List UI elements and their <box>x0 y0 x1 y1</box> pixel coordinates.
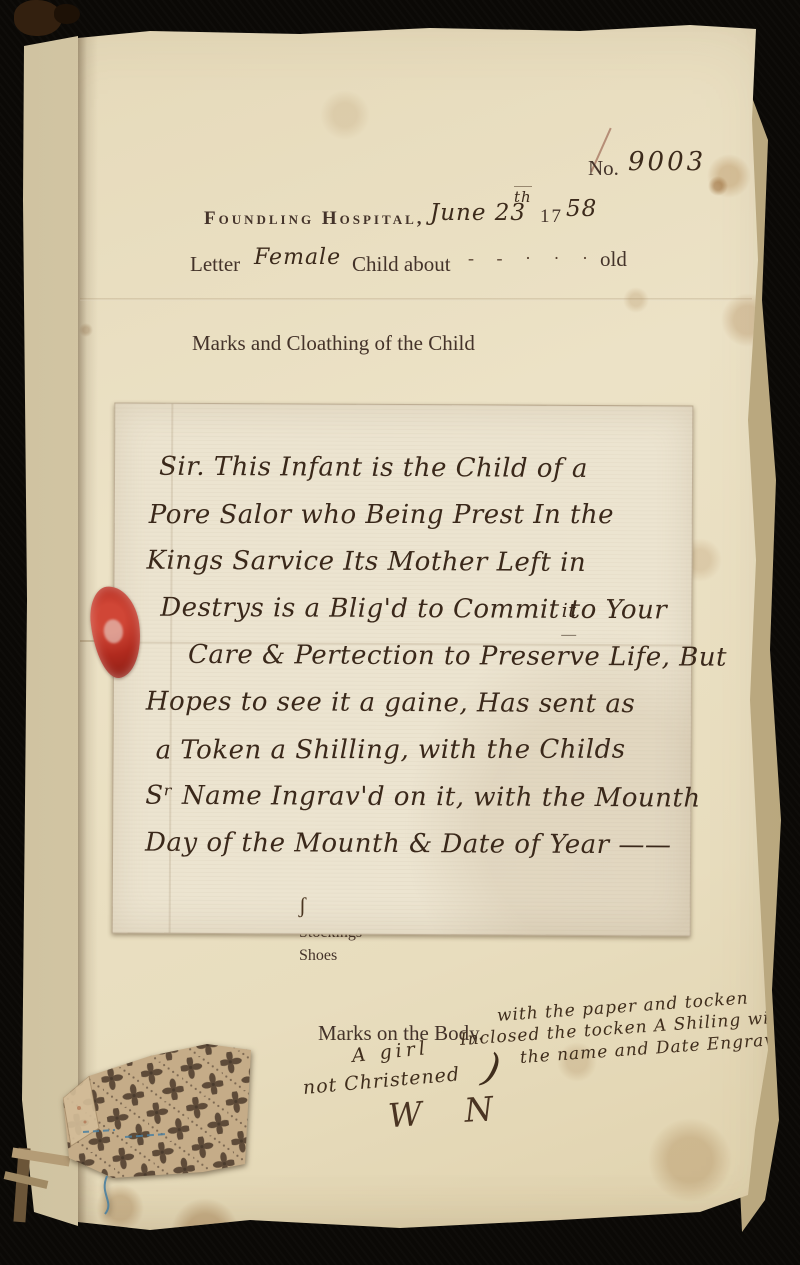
ink-flourish: ʃ <box>299 892 306 918</box>
fabric-token <box>55 1036 255 1231</box>
letter-line: Day of the Mounth & Date of Year —— <box>145 820 672 870</box>
record-number-value: 9003 <box>628 147 706 177</box>
marks-clothing-heading: Marks and Cloathing of the Child <box>192 331 475 356</box>
letter-line: Care & Pertection to Preserve Life, But <box>146 632 673 682</box>
admission-date-ordinal: th <box>514 186 532 206</box>
institution-name: Foundling Hospital, <box>204 208 425 230</box>
annotation-brace: ) <box>478 1045 505 1094</box>
record-number-label: No. <box>588 156 619 181</box>
letter-line: Kings Sarvice Its Mother Left in <box>146 538 673 588</box>
clerk-initials: W N <box>387 1088 511 1135</box>
letter-line: Pore Salor who Being Prest In the <box>147 492 674 539</box>
admission-year-printed: 17 <box>540 206 563 228</box>
pasted-letter: Sir. This Infant is the Child of a Pore … <box>112 402 694 936</box>
letter-line-text: to Your <box>570 595 668 626</box>
letter-line: Sʳ Name Ingrav'd on it, with the Mounth <box>145 773 672 823</box>
letter-line-text: Destrys is a Blig'd to Commit <box>160 593 560 625</box>
form-item-shoes: Shoes <box>299 947 337 965</box>
child-about-label: Child about <box>352 252 451 277</box>
binding-remnant <box>54 4 80 24</box>
hanging-thread <box>105 1176 109 1214</box>
page-fold-crease <box>80 298 752 301</box>
admission-year-handwritten: 58 <box>566 196 597 222</box>
child-sex-handwritten: Female <box>254 245 341 270</box>
inserted-word: it <box>562 588 577 636</box>
admission-date-day: June 23 <box>430 200 526 226</box>
letter-line: Sir. This Infant is the Child of a <box>147 444 674 494</box>
billet-photograph: No. 9003 Foundling Hospital, June 23 th … <box>0 0 800 1265</box>
letter-label: Letter <box>190 252 240 277</box>
letter-line: Destrys is a Blig'd to Commititto Your <box>146 585 673 635</box>
old-label: old <box>600 247 627 272</box>
letter-line: a Token a Shilling, with the Childs <box>146 727 673 775</box>
letter-line: Hopes to see it a gaine, Has sent as <box>146 679 673 729</box>
age-blank-dashes: - - · · · <box>468 248 597 269</box>
